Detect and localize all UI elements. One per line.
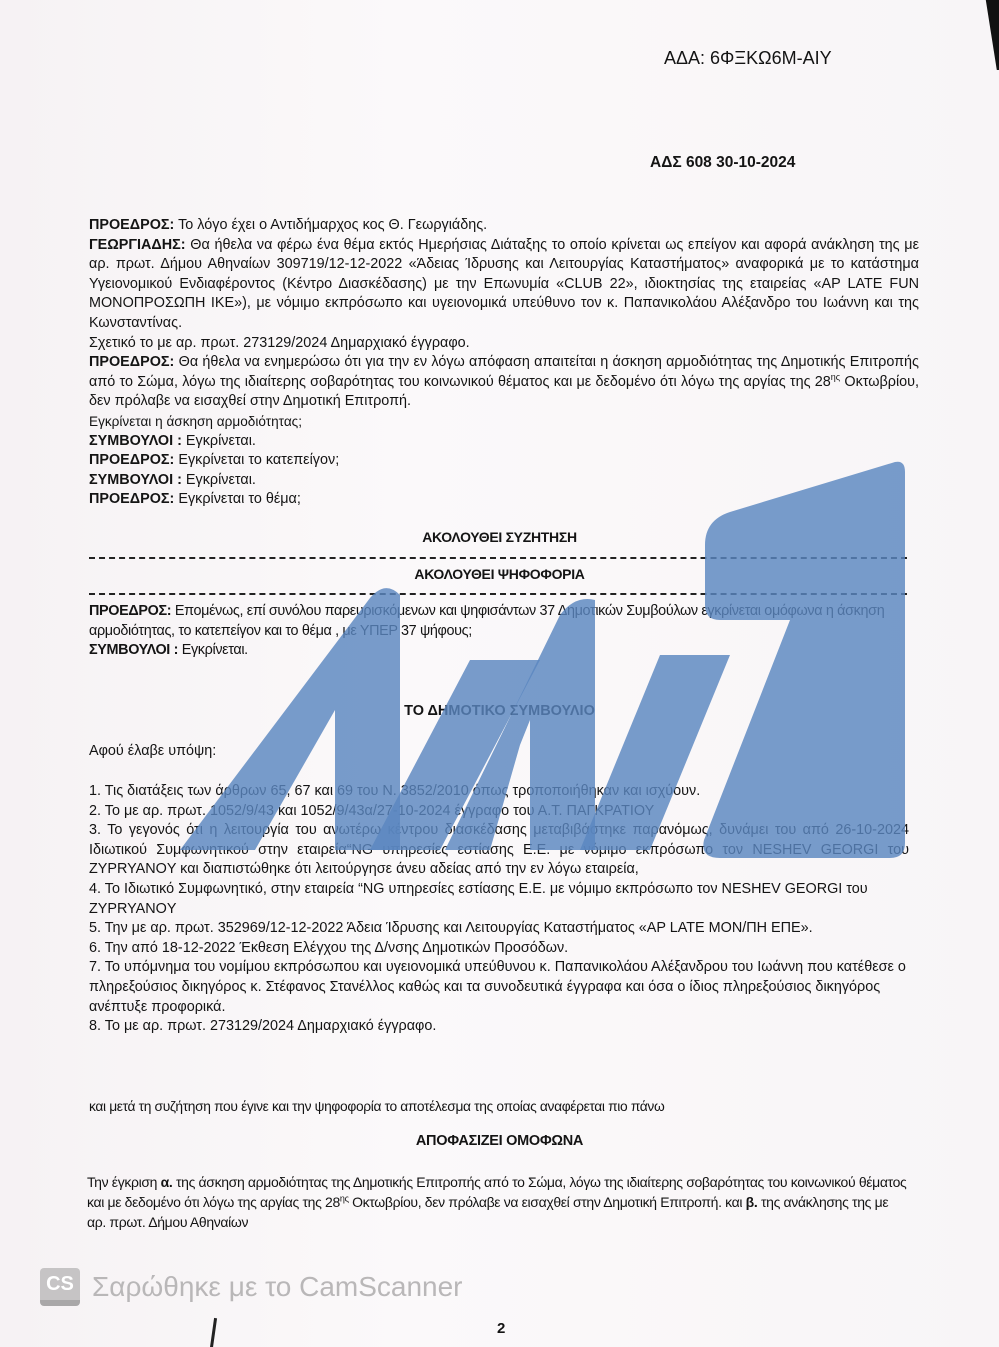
pen-mark xyxy=(210,1318,217,1347)
decision-text: Την έγκριση α. της άσκηση αρμοδιότητας τ… xyxy=(87,1173,907,1232)
scan-edge-shadow xyxy=(977,0,999,70)
vote-president-statement: ΠΡΟΕΔΡΟΣ: Επομένως, επί συνόλου παρευρισ… xyxy=(89,602,889,641)
page-number: 2 xyxy=(497,1320,505,1337)
considering-item: 4. Το Ιδιωτικό Συμφωνητικό, στην εταιρεί… xyxy=(89,880,879,919)
minutes-block: ΠΡΟΕΔΡΟΣ: Το λόγο έχει ο Αντιδήμαρχος κο… xyxy=(89,216,919,510)
council-heading: ΤΟ ΔΗΜΟΤΙΚΟ ΣΥΜΒΟΥΛΙΟ xyxy=(0,703,999,719)
considering-intro: Αφού έλαβε υπόψη: xyxy=(89,742,919,762)
decision-heading: ΑΠΟΦΑΣΙΖΕΙ ΟΜΟΦΩΝΑ xyxy=(0,1133,999,1149)
considering-item: 2. Το με αρ. πρωτ. 1052/9/43 και 1052/9/… xyxy=(89,802,909,822)
president-line-3: ΠΡΟΕΔΡΟΣ: Εγκρίνεται το κατεπείγον; xyxy=(89,451,919,471)
councillors-line-1: ΣΥΜΒΟΥΛΟΙ : Εγκρίνεται. xyxy=(89,432,919,452)
camscanner-logo-icon: CS xyxy=(40,1268,80,1306)
voting-heading: ΑΚΟΛΟΥΘΕΙ ΨΗΦΟΦΟΡΙΑ xyxy=(0,566,999,582)
competence-question: Εγκρίνεται η άσκηση αρμοδιότητας; xyxy=(89,412,919,432)
president-line-4: ΠΡΟΕΔΡΟΣ: Εγκρίνεται το θέμα; xyxy=(89,490,919,510)
dashed-divider-1 xyxy=(89,557,907,559)
president-statement-2: ΠΡΟΕΔΡΟΣ: Θα ήθελα να ενημερώσω ότι για … xyxy=(89,353,919,412)
considering-list: 1. Τις διατάξεις των άρθρων 65, 67 και 6… xyxy=(89,782,909,1037)
ads-code: ΑΔΣ 608 30-10-2024 xyxy=(650,154,795,172)
considering-item: 1. Τις διατάξεις των άρθρων 65, 67 και 6… xyxy=(89,782,909,802)
councillors-line-2: ΣΥΜΒΟΥΛΟΙ : Εγκρίνεται. xyxy=(89,471,919,491)
president-line-1: ΠΡΟΕΔΡΟΣ: Το λόγο έχει ο Αντιδήμαρχος κο… xyxy=(89,216,919,236)
considering-item: 8. Το με αρ. πρωτ. 273129/2024 Δημαρχιακ… xyxy=(89,1017,909,1037)
considering-item: 7. Το υπόμνημα του νομίμου εκπρόσωπου κα… xyxy=(89,958,909,1017)
related-document-line: Σχετικό το με αρ. πρωτ. 273129/2024 Δημα… xyxy=(89,334,919,354)
vote-block: ΠΡΟΕΔΡΟΣ: Επομένως, επί συνόλου παρευρισ… xyxy=(89,602,889,661)
camscanner-footer: CS Σαρώθηκε με το CamScanner xyxy=(40,1268,463,1306)
considering-item: 5. Την με αρ. πρωτ. 352969/12-12-2022 Άδ… xyxy=(89,919,879,939)
considering-item: 6. Την από 18-12-2022 Έκθεση Ελέγχου της… xyxy=(89,939,909,959)
ada-code: ΑΔΑ: 6ΦΞΚΩ6Μ-ΑΙΥ xyxy=(664,48,832,69)
scanned-page: ΑΔΑ: 6ΦΞΚΩ6Μ-ΑΙΥ ΑΔΣ 608 30-10-2024 ΠΡΟΕ… xyxy=(0,0,999,1347)
georgiadis-statement: ΓΕΩΡΓΙΑΔΗΣ: Θα ήθελα να φέρω ένα θέμα εκ… xyxy=(89,236,919,334)
dashed-divider-2 xyxy=(89,593,907,595)
considering-item: 3. Το γεγονός ότι η λειτουργία του ανωτέ… xyxy=(89,821,909,880)
after-discussion-line: και μετά τη συζήτηση που έγινε και την ψ… xyxy=(89,1097,919,1117)
camscanner-text: Σαρώθηκε με το CamScanner xyxy=(92,1271,463,1303)
discussion-heading: ΑΚΟΛΟΥΘΕΙ ΣΥΖΗΤΗΣΗ xyxy=(0,529,999,545)
vote-councillors-line: ΣΥΜΒΟΥΛΟΙ : Εγκρίνεται. xyxy=(89,641,889,661)
